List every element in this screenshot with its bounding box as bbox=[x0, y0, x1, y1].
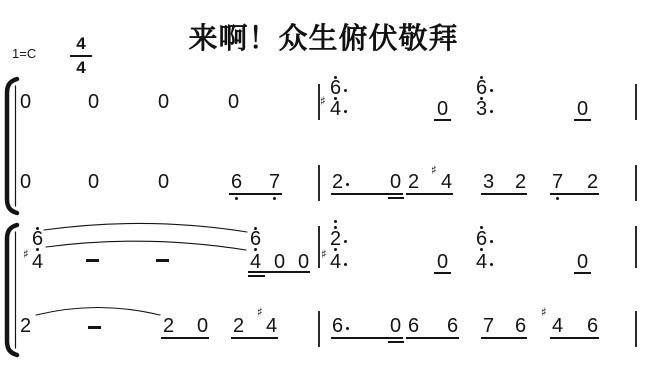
note-digit: 0 bbox=[437, 99, 448, 119]
beam-underline bbox=[248, 271, 310, 273]
barline bbox=[318, 84, 320, 120]
beam-underline bbox=[574, 119, 591, 121]
octave-dot-high bbox=[480, 76, 483, 79]
note-digit: 0 bbox=[158, 92, 169, 112]
octave-dot-high bbox=[480, 226, 483, 229]
note-digit: 2 bbox=[408, 172, 419, 192]
note-digit: 3 bbox=[476, 99, 487, 119]
beam-underline bbox=[434, 119, 451, 121]
note-digit: 6 bbox=[330, 78, 341, 98]
augmentation-dot bbox=[344, 240, 347, 243]
note-digit: 0 bbox=[577, 99, 588, 119]
note-digit: 6 bbox=[332, 316, 343, 336]
note-digit: 2 bbox=[20, 316, 31, 336]
barline bbox=[318, 165, 320, 201]
note-digit: 3 bbox=[483, 172, 494, 192]
beam-underline bbox=[434, 272, 451, 274]
beam-underline bbox=[388, 197, 404, 199]
half-note-dash bbox=[86, 259, 99, 262]
augmentation-dot bbox=[346, 183, 349, 186]
note-digit: 4 bbox=[330, 252, 341, 272]
octave-dot-high bbox=[254, 227, 257, 230]
augmentation-dot bbox=[344, 89, 347, 92]
beam-underline bbox=[231, 337, 278, 339]
beam-underline bbox=[406, 337, 459, 339]
note-digit: 4 bbox=[441, 172, 452, 192]
note-digit: 4 bbox=[32, 252, 43, 272]
note-digit: 2 bbox=[587, 172, 598, 192]
note-digit: 0 bbox=[197, 316, 208, 336]
sheet-music-page: 1=C 4 4 来啊！众生俯伏敬拜 0000640630000672024327… bbox=[0, 0, 647, 365]
note-digit: 6 bbox=[408, 316, 419, 336]
note-digit: 4 bbox=[250, 252, 261, 272]
beam-underline bbox=[161, 337, 209, 339]
note-digit: 0 bbox=[437, 252, 448, 272]
beam-underline bbox=[481, 193, 527, 195]
note-digit: 6 bbox=[476, 229, 487, 249]
notation-layer: 0000640630000672024327264640024064022024… bbox=[0, 0, 647, 365]
note-digit: 2 bbox=[163, 316, 174, 336]
beam-underline bbox=[331, 337, 403, 339]
sharp-accidental-icon: ♯ bbox=[541, 306, 547, 318]
note-digit: 6 bbox=[587, 316, 598, 336]
sharp-accidental-icon: ♯ bbox=[23, 248, 29, 260]
note-digit: 4 bbox=[552, 316, 563, 336]
barline bbox=[318, 311, 320, 347]
beam-underline bbox=[248, 275, 265, 277]
octave-dot-high bbox=[36, 227, 39, 230]
octave-dot-high bbox=[334, 226, 337, 229]
note-digit: 0 bbox=[88, 172, 99, 192]
note-digit: 0 bbox=[390, 172, 401, 192]
sharp-accidental-icon: ♯ bbox=[257, 306, 263, 318]
note-digit: 6 bbox=[515, 316, 526, 336]
barline bbox=[635, 226, 637, 268]
augmentation-dot bbox=[344, 263, 347, 266]
sharp-accidental-icon: ♯ bbox=[320, 95, 326, 107]
note-digit: 0 bbox=[20, 172, 31, 192]
note-digit: 6 bbox=[447, 316, 458, 336]
augmentation-dot bbox=[344, 110, 347, 113]
beam-underline bbox=[388, 341, 404, 343]
beam-underline bbox=[550, 337, 599, 339]
sharp-accidental-icon: ♯ bbox=[321, 248, 327, 260]
note-digit: 6 bbox=[231, 172, 242, 192]
note-digit: 2 bbox=[332, 172, 343, 192]
octave-dot-high bbox=[480, 97, 483, 100]
note-digit: 0 bbox=[88, 92, 99, 112]
augmentation-dot bbox=[490, 263, 493, 266]
barline bbox=[318, 226, 320, 268]
barline bbox=[635, 311, 637, 347]
note-digit: 6 bbox=[250, 229, 261, 249]
beam-underline bbox=[331, 193, 403, 195]
note-digit: 0 bbox=[20, 92, 31, 112]
augmentation-dot bbox=[490, 240, 493, 243]
augmentation-dot bbox=[490, 89, 493, 92]
note-digit: 6 bbox=[32, 229, 43, 249]
note-digit: 0 bbox=[298, 252, 309, 272]
beam-underline bbox=[481, 337, 527, 339]
note-digit: 2 bbox=[330, 229, 341, 249]
octave-dot-high bbox=[480, 248, 483, 251]
octave-dot-high bbox=[334, 248, 337, 251]
note-digit: 6 bbox=[476, 78, 487, 98]
beam-underline bbox=[574, 272, 591, 274]
sharp-accidental-icon: ♯ bbox=[431, 164, 437, 176]
augmentation-dot bbox=[346, 327, 349, 330]
beam-underline bbox=[550, 193, 599, 195]
note-digit: 7 bbox=[483, 316, 494, 336]
note-digit: 4 bbox=[476, 252, 487, 272]
barline bbox=[635, 84, 637, 120]
beam-underline bbox=[229, 193, 282, 195]
barline bbox=[635, 165, 637, 201]
octave-dot-low bbox=[556, 197, 559, 200]
octave-dot-high bbox=[334, 97, 337, 100]
note-digit: 7 bbox=[552, 172, 563, 192]
note-digit: 4 bbox=[330, 99, 341, 119]
note-digit: 4 bbox=[266, 316, 277, 336]
half-note-dash bbox=[88, 326, 101, 329]
note-digit: 0 bbox=[228, 92, 239, 112]
note-digit: 2 bbox=[515, 172, 526, 192]
octave-dot-high bbox=[334, 220, 337, 223]
note-digit: 0 bbox=[274, 252, 285, 272]
note-digit: 0 bbox=[390, 316, 401, 336]
note-digit: 0 bbox=[577, 252, 588, 272]
octave-dot-low bbox=[235, 197, 238, 200]
beam-underline bbox=[406, 193, 453, 195]
augmentation-dot bbox=[490, 110, 493, 113]
half-note-dash bbox=[156, 259, 169, 262]
note-digit: 2 bbox=[233, 316, 244, 336]
octave-dot-high bbox=[36, 248, 39, 251]
note-digit: 0 bbox=[158, 172, 169, 192]
octave-dot-high bbox=[334, 76, 337, 79]
octave-dot-low bbox=[273, 197, 276, 200]
octave-dot-high bbox=[254, 248, 257, 251]
note-digit: 7 bbox=[269, 172, 280, 192]
